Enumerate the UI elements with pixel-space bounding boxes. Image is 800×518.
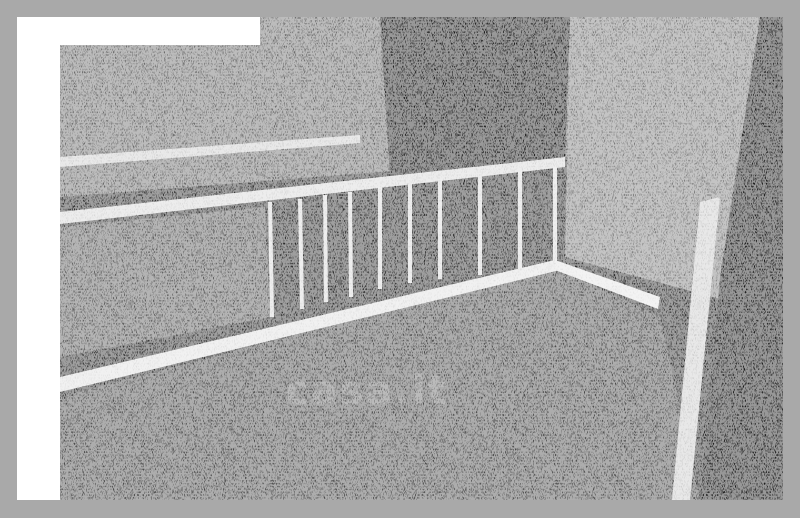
watermark: casa.it (285, 368, 449, 414)
balcony-photo (60, 17, 783, 500)
